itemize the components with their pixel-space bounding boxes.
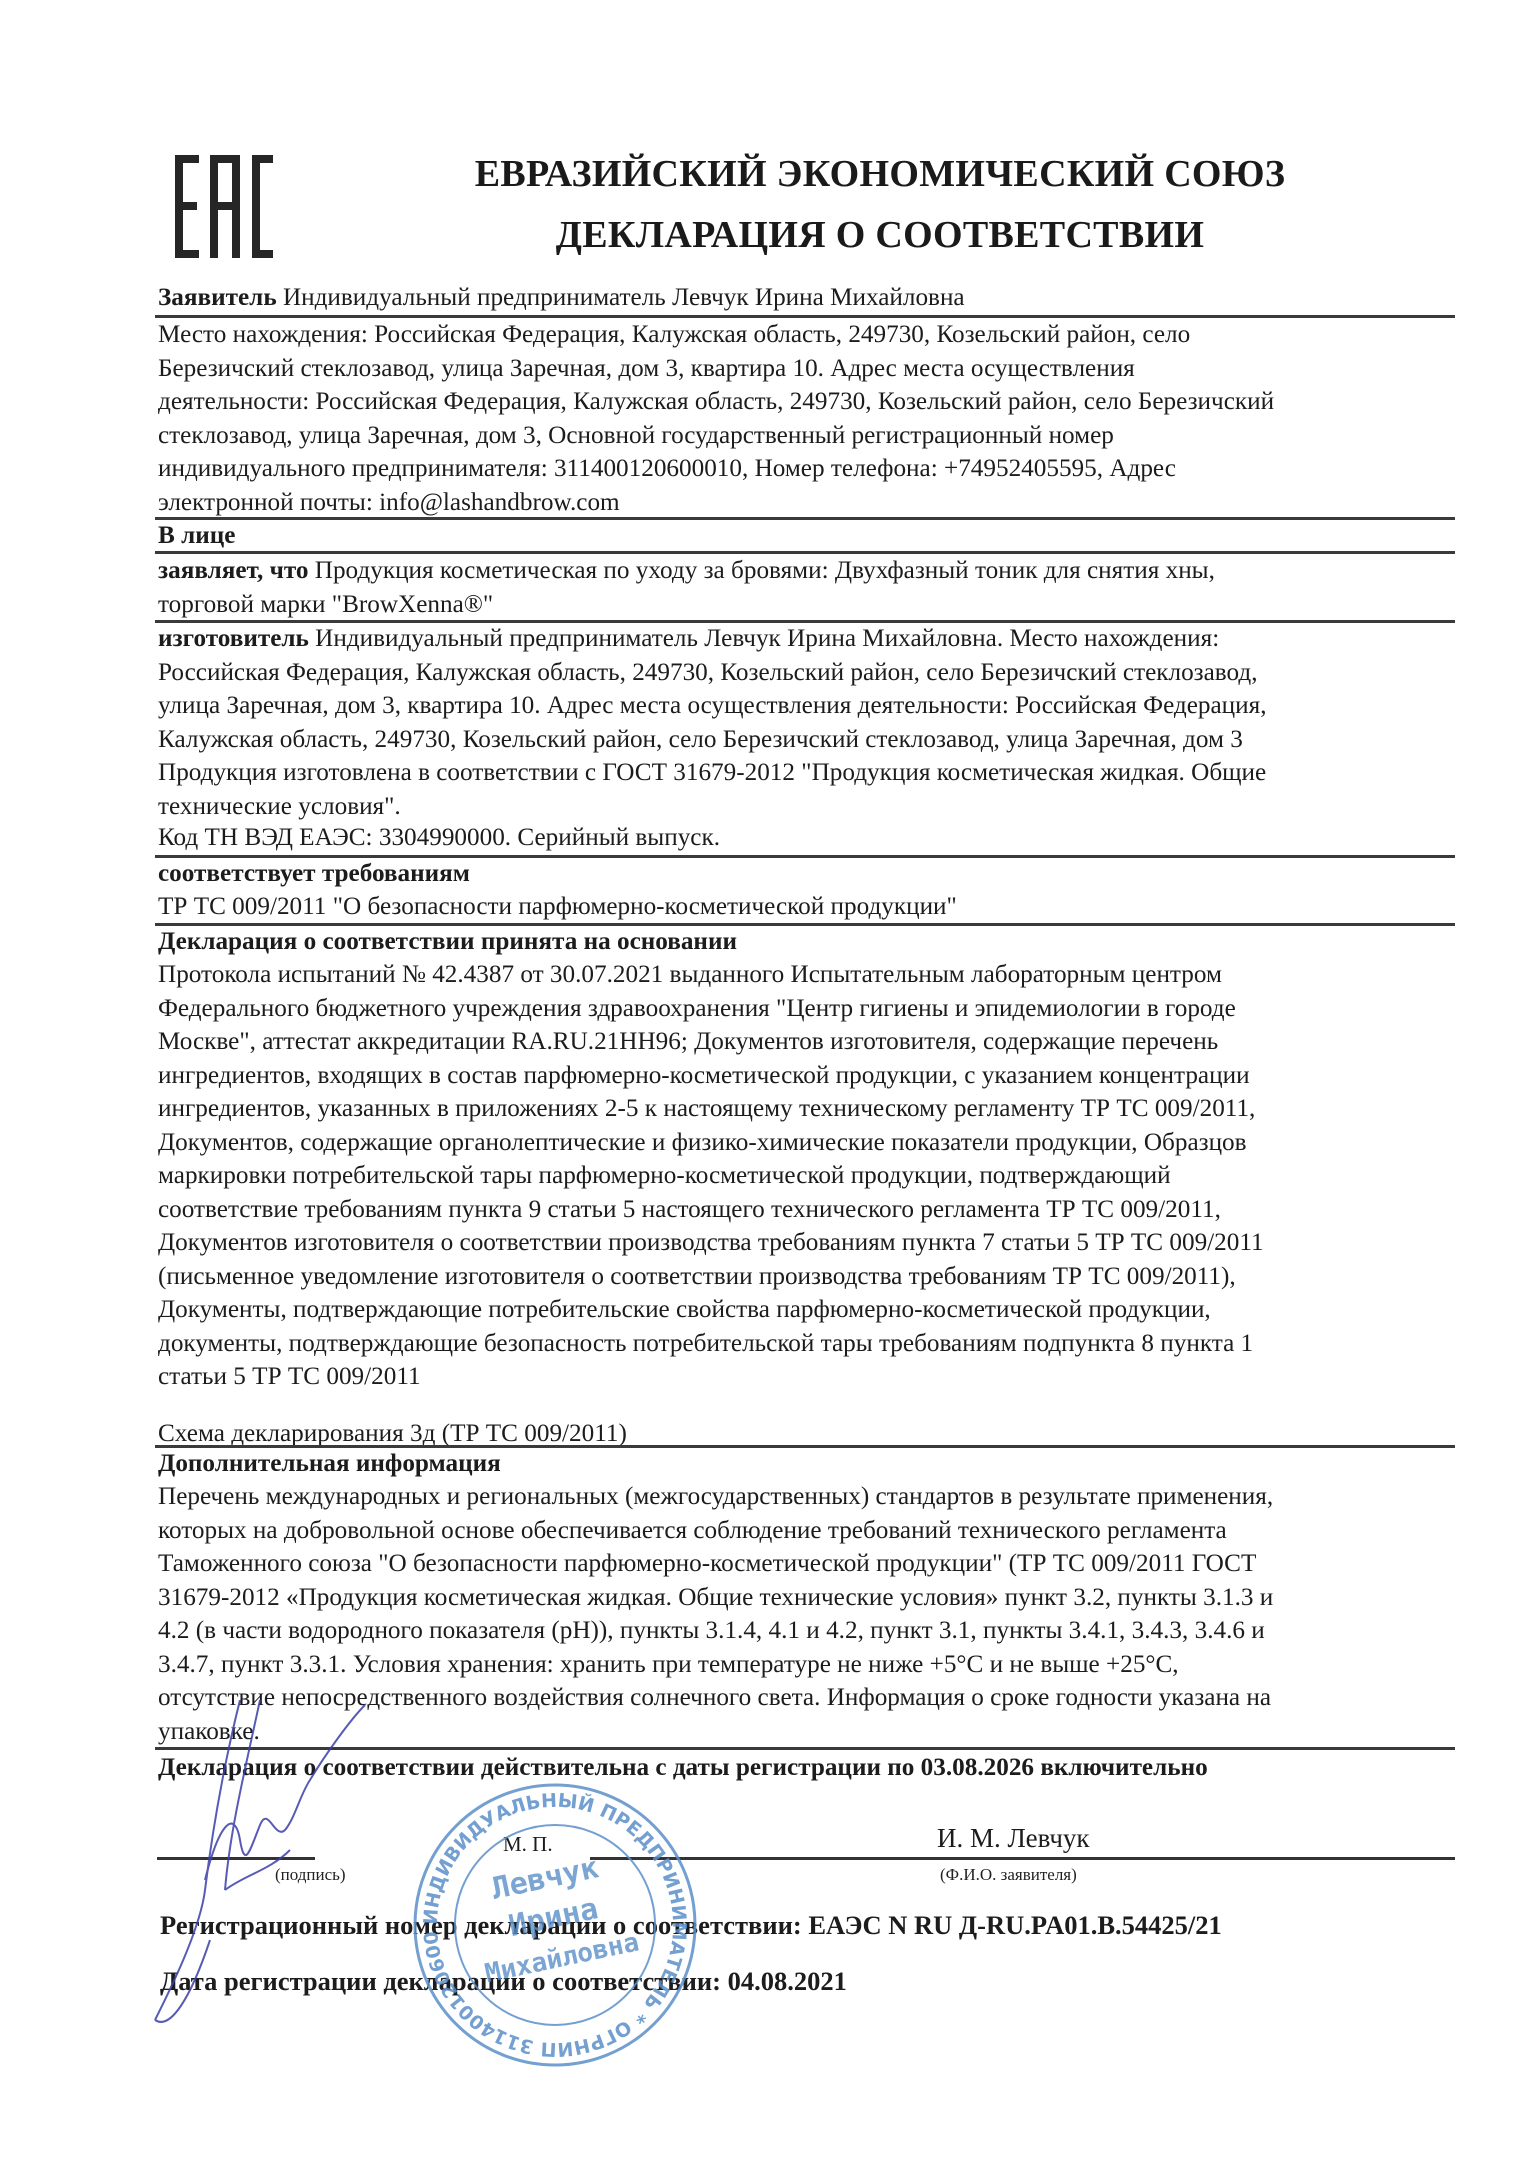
- text-line: Индивидуальный предприниматель Левчук Ир…: [309, 625, 1219, 652]
- email-line: электронной почты: info@lashandbrow.com: [158, 486, 1455, 520]
- text-line: Калужская область, 249730, Козельский ра…: [158, 723, 1455, 757]
- additional-info-label: Дополнительная информация: [158, 1447, 1455, 1481]
- signature-line: [157, 1857, 315, 1860]
- text-line: Москве", аттестат аккредитации RA.RU.21Н…: [158, 1025, 1455, 1059]
- declaration-page: ЕВРАЗИЙСКИЙ ЭКОНОМИЧЕСКИЙ СОЮЗ ДЕКЛАРАЦИ…: [0, 0, 1527, 2160]
- text-line: отсутствие непосредственного воздействия…: [158, 1681, 1455, 1715]
- basis-label: Декларация о соответствии принята на осн…: [158, 925, 1455, 959]
- text-line: технические условия".: [158, 790, 1455, 824]
- manufacturer-label: изготовитель: [158, 625, 309, 652]
- registration-date-value: 04.08.2021: [728, 1966, 847, 1996]
- text-line: Продукция изготовлена в соответствии с Г…: [158, 756, 1455, 790]
- eac-mark-icon: [175, 155, 273, 258]
- declares-section: заявляет, что Продукция косметическая по…: [158, 554, 1455, 621]
- registration-number: Регистрационный номер декларации о соотв…: [160, 1910, 1222, 1941]
- applicant-name: Индивидуальный предприниматель Левчук Ир…: [277, 284, 965, 311]
- svg-text:Левчук: Левчук: [488, 1850, 601, 1907]
- text-line: соответствие требованиям пункта 9 статьи…: [158, 1193, 1455, 1227]
- text-line: статьи 5 ТР ТС 009/2011: [158, 1360, 1455, 1394]
- text-line: Перечень международных и региональных (м…: [158, 1480, 1455, 1514]
- text-line: Место нахождения: Российская Федерация, …: [158, 318, 1455, 352]
- text-line: Российская Федерация, Калужская область,…: [158, 656, 1455, 690]
- document-title: ДЕКЛАРАЦИЯ О СООТВЕТСТВИИ: [300, 213, 1460, 257]
- text-line: улица Заречная, дом 3, квартира 10. Адре…: [158, 689, 1455, 723]
- manufacturer-section: изготовитель Индивидуальный предпринимат…: [158, 622, 1455, 853]
- registration-number-label: Регистрационный номер декларации о соотв…: [160, 1910, 808, 1940]
- registration-number-value: ЕАЭС N RU Д-RU.PA01.B.54425/21: [808, 1910, 1221, 1940]
- text-line: индивидуального предпринимателя: 3114001…: [158, 452, 1455, 486]
- basis-text: Протокола испытаний № 42.4387 от 30.07.2…: [158, 958, 1455, 1394]
- name-line: [590, 1857, 1455, 1860]
- text-line: стеклозавод, улица Заречная, дом 3, Осно…: [158, 419, 1455, 453]
- declares-label: заявляет, что: [158, 557, 308, 584]
- hs-code-line: Код ТН ВЭД ЕАЭС: 3304990000. Серийный вы…: [158, 823, 1455, 853]
- regulation-line: ТР ТС 009/2011 "О безопасности парфюмерн…: [158, 890, 1455, 924]
- text-line: маркировки потребительской тары парфюмер…: [158, 1159, 1455, 1193]
- represented-by-label: В лице: [158, 519, 1455, 553]
- validity-statement: Декларация о соответствии действительна …: [158, 1751, 1455, 1785]
- text-line: 3.4.7, пункт 3.3.1. Условия хранения: хр…: [158, 1648, 1455, 1682]
- complies-label: соответствует требованиям: [158, 857, 1455, 891]
- text-line: Протокола испытаний № 42.4387 от 30.07.2…: [158, 958, 1455, 992]
- text-line: Березичский стеклозавод, улица Заречная,…: [158, 352, 1455, 386]
- additional-info-text: Перечень международных и региональных (м…: [158, 1480, 1455, 1748]
- registration-date: Дата регистрации декларации о соответств…: [160, 1966, 847, 1997]
- text-line: которых на добровольной основе обеспечив…: [158, 1514, 1455, 1548]
- text-line: Документов, содержащие органолептические…: [158, 1126, 1455, 1160]
- text-line: Федерального бюджетного учреждения здрав…: [158, 992, 1455, 1026]
- text-line: ингредиентов, указанных в приложениях 2-…: [158, 1092, 1455, 1126]
- trademark-line: торговой марки "BrowXenna®": [158, 588, 1455, 622]
- signature-caption: (подпись): [275, 1865, 346, 1885]
- text-line: Таможенного союза "О безопасности парфюм…: [158, 1547, 1455, 1581]
- text-line: 4.2 (в части водородного показателя (pH)…: [158, 1614, 1455, 1648]
- applicant-heading: Заявитель Индивидуальный предприниматель…: [158, 281, 1455, 315]
- text-line: упаковке.: [158, 1715, 1455, 1749]
- text-line: Документов изготовителя о соответствии п…: [158, 1226, 1455, 1260]
- signer-name: И. М. Левчук: [937, 1823, 1090, 1854]
- divider: [155, 1747, 1455, 1750]
- text-line: ингредиентов, входящих в состав парфюмер…: [158, 1059, 1455, 1093]
- applicant-details: Место нахождения: Российская Федерация, …: [158, 318, 1455, 519]
- applicant-label: Заявитель: [158, 284, 277, 311]
- text-line: Документы, подтверждающие потребительски…: [158, 1293, 1455, 1327]
- registration-date-label: Дата регистрации декларации о соответств…: [160, 1966, 728, 1996]
- product-description: Продукция косметическая по уходу за бров…: [308, 557, 1214, 584]
- text-line: деятельности: Российская Федерация, Калу…: [158, 385, 1455, 419]
- union-title: ЕВРАЗИЙСКИЙ ЭКОНОМИЧЕСКИЙ СОЮЗ: [300, 152, 1460, 196]
- seal-caption: М. П.: [503, 1832, 553, 1857]
- text-line: документы, подтверждающие безопасность п…: [158, 1327, 1455, 1361]
- text-line: (письменное уведомление изготовителя о с…: [158, 1260, 1455, 1294]
- text-line: 31679-2012 «Продукция косметическая жидк…: [158, 1581, 1455, 1615]
- signer-caption: (Ф.И.О. заявителя): [940, 1865, 1077, 1885]
